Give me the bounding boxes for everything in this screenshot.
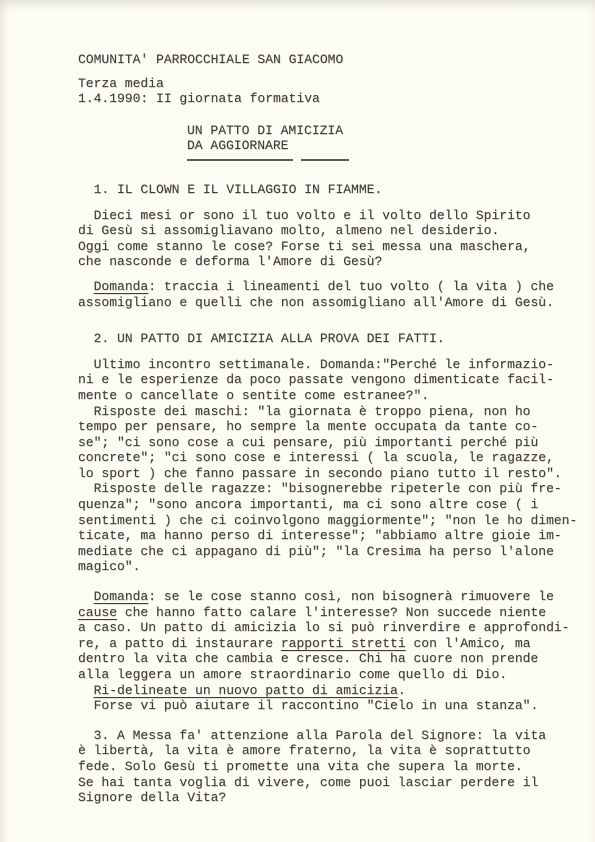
text-run: Risposte dei maschi: "la giornata è trop… [78,404,530,419]
text-line: 1. IL CLOWN E IL VILLAGGIO IN FIAMME. [78,182,595,198]
section-heading: 2. UN PATTO DI AMICIZIA ALLA PROVA DEI F… [78,331,595,347]
header-class: Terza media [78,76,595,92]
title-underline-segment [187,159,293,161]
text-line: sentimenti ) che ci coinvolgono maggiorm… [78,513,595,529]
text-line: 2. UN PATTO DI AMICIZIA ALLA PROVA DEI F… [78,331,595,347]
text-line: Ri-delineate un nuovo patto di amicizia. [78,683,595,699]
text-line: di Gesù si assomigliavano molto, almeno … [78,223,595,239]
text-run [78,683,94,698]
text-run: fede. Solo Gesù ti promette una vita che… [78,759,523,774]
text-run: di Gesù si assomigliavano molto, almeno … [78,223,499,238]
text-line: Risposte dei maschi: "la giornata è trop… [78,404,595,420]
text-run: lo sport ) che fanno passare in secondo … [78,466,562,481]
text-run: Risposte delle ragazze: "bisognerebbe ri… [78,481,562,496]
text-line: Forse vi può aiutare il raccontino "Ciel… [78,698,595,714]
text-run [78,279,94,294]
text-line: Domanda: se le cose stanno così, non bis… [78,589,595,605]
text-run: se"; "ci sono cose a cui pensare, più im… [78,435,538,450]
text-line: Risposte delle ragazze: "bisognerebbe ri… [78,481,595,497]
paragraph: Ultimo incontro settimanale. Domanda:"Pe… [78,357,595,575]
text-run: mente o cancellate o sentite come estran… [78,388,429,403]
text-run: Signore della Vita? [78,790,226,805]
text-run: 1. IL CLOWN E IL VILLAGGIO IN FIAMME. [78,182,382,197]
text-line: 3. A Messa fa' attenzione alla Parola de… [78,728,595,744]
text-run: mediate che ci appagano di più"; "la Cre… [78,544,554,559]
text-line: mente o cancellate o sentite come estran… [78,388,595,404]
document-body: 1. IL CLOWN E IL VILLAGGIO IN FIAMME. Di… [78,182,595,806]
paragraph: Dieci mesi or sono il tuo volto e il vol… [78,208,595,270]
text-run: con l'Amico, ma [406,636,531,651]
text-run: Dieci mesi or sono il tuo volto e il vol… [78,208,530,223]
text-run: tempo per pensare, ho sempre la mente oc… [78,419,538,434]
underlined-run: Domanda [94,589,149,604]
document-content: COMUNITA' PARROCCHIALE SAN GIACOMO Terza… [0,0,595,806]
title-underline [187,159,595,161]
underlined-run: rapporti stretti [281,636,406,651]
text-run: ni e le esperienze da poco passate vengo… [78,372,554,387]
text-line: re, a patto di instaurare rapporti stret… [78,636,595,652]
text-line: che nasconde e deforma l'Amore di Gesù? [78,254,595,270]
text-line: Domanda: traccia i lineamenti del tuo vo… [78,279,595,295]
text-line: alla leggera un amore straordinario come… [78,667,595,683]
text-run: magico". [78,559,140,574]
document-title: UN PATTO DI AMICIZIA DA AGGIORNARE [187,123,595,154]
text-line: a caso. Un patto di amicizia lo si può r… [78,620,595,636]
text-run: Oggi come stanno le cose? Forse ti sei m… [78,239,530,254]
header-organization: COMUNITA' PARROCCHIALE SAN GIACOMO [78,52,595,68]
text-run: ticate, ma hanno perso di interesse"; "a… [78,528,562,543]
text-line: Signore della Vita? [78,790,595,806]
text-line: ni e le esperienze da poco passate vengo… [78,372,595,388]
underlined-run: Domanda [94,279,149,294]
text-line: cause che hanno fatto calare l'interesse… [78,605,595,621]
text-line: quenza"; "sono ancora importanti, ma ci … [78,497,595,513]
text-line: concrete"; "ci sono cose e interessi ( l… [78,450,595,466]
text-run: Ultimo incontro settimanale. Domanda:"Pe… [78,357,554,372]
text-run: 2. UN PATTO DI AMICIZIA ALLA PROVA DEI F… [78,331,445,346]
text-run: Forse vi può aiutare il raccontino "Ciel… [78,698,538,713]
underlined-run: cause [78,605,117,620]
text-line: Ultimo incontro settimanale. Domanda:"Pe… [78,357,595,373]
header-session-date: 1.4.1990: II giornata formativa [78,91,595,107]
paragraph: Domanda: traccia i lineamenti del tuo vo… [78,279,595,310]
document-page: COMUNITA' PARROCCHIALE SAN GIACOMO Terza… [0,0,595,842]
text-run: 3. A Messa fa' attenzione alla Parola de… [78,728,546,743]
text-line: dentro la vita che cambia e cresce. Chi … [78,651,595,667]
text-run: : se le cose stanno così, non bisognerà … [148,589,554,604]
text-run: che hanno fatto calare l'interesse? Non … [117,605,546,620]
text-line: è libertà, la vita è amore fraterno, la … [78,743,595,759]
text-line: Dieci mesi or sono il tuo volto e il vol… [78,208,595,224]
text-line: Se hai tanta voglia di vivere, come puoi… [78,775,595,791]
text-line: ticate, ma hanno perso di interesse"; "a… [78,528,595,544]
title-underline-segment [301,159,349,161]
text-run: : traccia i lineamenti del tuo volto ( l… [148,279,554,294]
text-run: quenza"; "sono ancora importanti, ma ci … [78,497,538,512]
paragraph: Domanda: se le cose stanno così, non bis… [78,589,595,714]
text-run: che nasconde e deforma l'Amore di Gesù? [78,254,382,269]
text-line: mediate che ci appagano di più"; "la Cre… [78,544,595,560]
title-line-2: DA AGGIORNARE [187,138,595,154]
text-run: . [398,683,406,698]
text-run: assomigliano e quelli che non assomiglia… [78,295,554,310]
section-heading: 1. IL CLOWN E IL VILLAGGIO IN FIAMME. [78,182,595,198]
text-line: tempo per pensare, ho sempre la mente oc… [78,419,595,435]
text-run: Se hai tanta voglia di vivere, come puoi… [78,775,538,790]
text-run [78,589,94,604]
text-run: re, a patto di instaurare [78,636,281,651]
text-run: sentimenti ) che ci coinvolgono maggiorm… [78,513,577,528]
text-run: a caso. Un patto di amicizia lo si può r… [78,620,569,635]
text-line: lo sport ) che fanno passare in secondo … [78,466,595,482]
text-run: concrete"; "ci sono cose e interessi ( l… [78,450,554,465]
text-run: è libertà, la vita è amore fraterno, la … [78,743,530,758]
text-line: fede. Solo Gesù ti promette una vita che… [78,759,595,775]
paragraph: 3. A Messa fa' attenzione alla Parola de… [78,728,595,806]
text-line: Oggi come stanno le cose? Forse ti sei m… [78,239,595,255]
text-run: dentro la vita che cambia e cresce. Chi … [78,651,538,666]
header-group-block: Terza media 1.4.1990: II giornata format… [78,76,595,107]
text-line: se"; "ci sono cose a cui pensare, più im… [78,435,595,451]
text-line: assomigliano e quelli che non assomiglia… [78,295,595,311]
underlined-run: Ri-delineate un nuovo patto di amicizia [94,683,398,698]
text-run: alla leggera un amore straordinario come… [78,667,507,682]
text-line: magico". [78,559,595,575]
title-line-1: UN PATTO DI AMICIZIA [187,123,595,139]
